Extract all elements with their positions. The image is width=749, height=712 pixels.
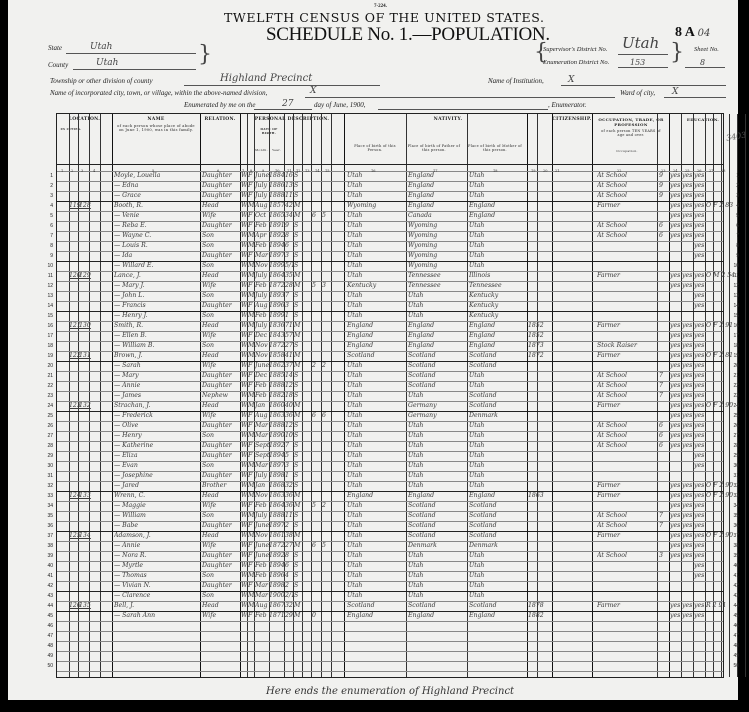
- speaks-english: yes: [694, 342, 705, 349]
- birthplace-person: Utah: [347, 182, 405, 189]
- color: W: [241, 252, 248, 259]
- relation: Son: [202, 292, 240, 299]
- birth-mother-header: Place of birth of Mother of this person.: [467, 144, 523, 152]
- birth-year: 1897: [269, 522, 284, 529]
- marital-status: S: [294, 392, 303, 399]
- birth-month: Nov: [255, 352, 269, 359]
- birth-year: 1862: [269, 362, 284, 369]
- color: W: [241, 172, 248, 179]
- enumerator-label: , Enumerator.: [548, 101, 586, 109]
- state-label: State: [48, 44, 62, 52]
- occupation: Stock Raiser: [597, 342, 655, 349]
- children-born: 5: [312, 502, 321, 509]
- birthplace-father: Tennessee: [408, 282, 466, 289]
- section-personal: PERSONAL DESCRIPTION.: [240, 117, 344, 122]
- birth-year: 1836: [269, 322, 284, 329]
- can-write: yes: [682, 522, 693, 529]
- birthplace-father: Wyoming: [408, 252, 466, 259]
- occupation: Farmer: [597, 272, 655, 279]
- column-divider: [527, 114, 528, 677]
- speaks-english: yes: [694, 482, 705, 489]
- birthplace-father: Wyoming: [408, 242, 466, 249]
- sex: M: [248, 592, 255, 599]
- months-school: 9: [659, 192, 669, 199]
- birthplace-person: Utah: [347, 462, 405, 469]
- person-name: — Mary J.: [114, 282, 200, 289]
- children-living: 2: [322, 502, 331, 509]
- row-number-right: 31: [729, 473, 739, 479]
- birth-month: Feb: [255, 282, 269, 289]
- color: W: [241, 562, 248, 569]
- row-number-right: 13: [729, 293, 739, 299]
- birthplace-mother: Scotland: [469, 512, 525, 519]
- age: 37: [285, 362, 294, 369]
- ward-value: X: [672, 87, 678, 97]
- speaks-english: yes: [694, 362, 705, 369]
- occupation: At School: [597, 172, 655, 179]
- birth-month: Feb: [255, 312, 269, 319]
- relation: Wife: [202, 542, 240, 549]
- column-divider: [112, 114, 113, 677]
- immigration-year: 1852: [528, 332, 552, 339]
- person-name: — Sarah Ann: [114, 612, 200, 619]
- marital-status: M: [294, 402, 303, 409]
- census-title: TWELFTH CENSUS OF THE UNITED STATES.: [224, 10, 545, 25]
- speaks-english: yes: [694, 462, 705, 469]
- row-number-left: 48: [43, 643, 53, 649]
- birthplace-person: Utah: [347, 362, 405, 369]
- birth-month: Feb: [255, 242, 269, 249]
- column-divider: [89, 114, 90, 677]
- family-number: 131: [79, 352, 101, 359]
- birthplace-father: Scotland: [408, 512, 466, 519]
- person-name: Lance, J.: [114, 272, 200, 279]
- birthplace-mother: Utah: [469, 222, 525, 229]
- marital-status: S: [294, 262, 303, 269]
- person-name: Smith, R.: [114, 322, 200, 329]
- person-name: Bell, J.: [114, 602, 200, 609]
- sheet-label: 8 A 04: [675, 25, 710, 41]
- color: W: [241, 222, 248, 229]
- occupation-col-header: Occupation.: [597, 149, 657, 153]
- row-number-left: 7: [43, 233, 53, 239]
- row-number-left: 36: [43, 523, 53, 529]
- district-brace-right: }: [670, 42, 684, 64]
- marital-status: S: [294, 522, 303, 529]
- color: W: [241, 302, 248, 309]
- row-number-left: 22: [43, 383, 53, 389]
- birth-year: 1872: [269, 282, 284, 289]
- speaks-english: yes: [694, 532, 705, 539]
- birthplace-mother: Utah: [469, 232, 525, 239]
- birthplace-mother: Utah: [469, 262, 525, 269]
- birthplace-father: Utah: [408, 422, 466, 429]
- enumerated-day-line: [254, 109, 312, 110]
- birthplace-father: Utah: [408, 482, 466, 489]
- sex: F: [248, 192, 255, 199]
- birthplace-person: Utah: [347, 172, 405, 179]
- birth-year: 1871: [269, 612, 284, 619]
- birthplace-father: Germany: [408, 412, 466, 419]
- relation: Brother: [202, 482, 240, 489]
- section-citizenship: CITIZENSHIP.: [552, 117, 592, 122]
- person-name: — Vivian N.: [114, 582, 200, 589]
- age: 40: [285, 402, 294, 409]
- row-number-left: 41: [43, 573, 53, 579]
- person-name: — Annie: [114, 382, 200, 389]
- can-write: yes: [682, 352, 693, 359]
- age: 36: [285, 492, 294, 499]
- row-divider: [57, 631, 723, 632]
- relation: Head: [202, 402, 240, 409]
- birth-year: 1890: [269, 432, 284, 439]
- months-school: 6: [659, 232, 669, 239]
- can-read: yes: [670, 612, 681, 619]
- age: 12: [285, 422, 294, 429]
- birth-year: 1898: [269, 472, 284, 479]
- birth-year: 1872: [269, 542, 284, 549]
- birthplace-mother: Denmark: [469, 412, 525, 419]
- row-number-left: 17: [43, 333, 53, 339]
- family-number: 128: [79, 202, 101, 209]
- birthplace-father: England: [408, 332, 466, 339]
- relation: Son: [202, 432, 240, 439]
- birthplace-mother: Utah: [469, 382, 525, 389]
- children-born: 6: [312, 542, 321, 549]
- column-number: 19: [531, 169, 535, 173]
- birthplace-person: Utah: [347, 562, 405, 569]
- row-number-right: 7: [729, 233, 739, 239]
- age: 71: [285, 322, 294, 329]
- immigration-year: 1863: [528, 492, 552, 499]
- can-write: yes: [682, 412, 693, 419]
- sex: M: [248, 572, 255, 579]
- sex: F: [248, 252, 255, 259]
- birth-month: Mar: [255, 432, 269, 439]
- children-born: 5: [312, 282, 321, 289]
- speaks-english: yes: [694, 452, 705, 459]
- color: W: [241, 572, 248, 579]
- birthplace-person: England: [347, 322, 405, 329]
- column-number: 15: [325, 169, 329, 173]
- row-number-left: 26: [43, 423, 53, 429]
- row-number-left: 37: [43, 533, 53, 539]
- birthplace-mother: England: [469, 212, 525, 219]
- row-number-right: 20: [729, 363, 739, 369]
- row-number-right: 25: [729, 413, 739, 419]
- family-number: 132: [79, 402, 101, 409]
- column-number: 28: [721, 169, 725, 173]
- birth-year: 1894: [269, 242, 284, 249]
- row-number-right: 41: [729, 573, 739, 579]
- birthplace-father: England: [408, 612, 466, 619]
- row-number-left: 5: [43, 213, 53, 219]
- marital-status: S: [294, 382, 303, 389]
- can-write: yes: [682, 362, 693, 369]
- row-number-right: 5: [729, 213, 739, 219]
- color: W: [241, 592, 248, 599]
- person-name: — Thomas: [114, 572, 200, 579]
- birthplace-father: Wyoming: [408, 262, 466, 269]
- children-living: 2: [322, 362, 331, 369]
- birth-year: 1894: [269, 452, 284, 459]
- birthplace-father: Utah: [408, 452, 466, 459]
- birth-month: July: [255, 272, 269, 279]
- sex: F: [248, 362, 255, 369]
- home-ownership: O F 2 90: [706, 482, 746, 489]
- can-write: yes: [682, 372, 693, 379]
- sex: F: [248, 582, 255, 589]
- birth-month: Feb: [255, 502, 269, 509]
- speaks-english: yes: [694, 272, 705, 279]
- birthplace-father: England: [408, 192, 466, 199]
- color: W: [241, 612, 248, 619]
- marital-status: S: [294, 582, 303, 589]
- row-number-left: 38: [43, 543, 53, 549]
- can-write: yes: [682, 602, 693, 609]
- section-in-cities: IN CITIES.: [57, 127, 85, 131]
- relation: Daughter: [202, 452, 240, 459]
- birthplace-person: Utah: [347, 472, 405, 479]
- row-divider: [57, 621, 723, 622]
- birthplace-person: Wyoming: [347, 202, 405, 209]
- section-education: EDUCATION.: [674, 117, 732, 122]
- speaks-english: yes: [694, 232, 705, 239]
- color: W: [241, 502, 248, 509]
- marital-status: S: [294, 592, 303, 599]
- can-read: yes: [670, 332, 681, 339]
- can-read: yes: [670, 212, 681, 219]
- marital-status: M: [294, 322, 303, 329]
- row-number-right: 15: [729, 313, 739, 319]
- person-name: — Henry J.: [114, 312, 200, 319]
- birthplace-mother: Scotland: [469, 392, 525, 399]
- institution-line: [561, 85, 726, 86]
- can-read: yes: [670, 602, 681, 609]
- relation: Wife: [202, 612, 240, 619]
- birthplace-father: Canada: [408, 212, 466, 219]
- relation: Son: [202, 592, 240, 599]
- children-living: 6: [322, 412, 331, 419]
- speaks-english: yes: [694, 502, 705, 509]
- birthplace-father: Utah: [408, 572, 466, 579]
- birth-year: 1896: [269, 302, 284, 309]
- section-occupation: OCCUPATION, TRADE, OR PROFESSION: [592, 117, 670, 127]
- row-number-right: 34: [729, 503, 739, 509]
- birth-month: Nov: [255, 342, 269, 349]
- birthplace-person: Utah: [347, 392, 405, 399]
- age: 36: [285, 412, 294, 419]
- sex: M: [248, 322, 255, 329]
- home-ownership: R 2 91: [706, 602, 746, 609]
- row-number-left: 34: [43, 503, 53, 509]
- color: W: [241, 492, 248, 499]
- relation: Daughter: [202, 562, 240, 569]
- person-name: Adamson, J.: [114, 532, 200, 539]
- enumerator-line: [378, 109, 548, 110]
- birth-month: June: [255, 542, 269, 549]
- row-number-right: 28: [729, 443, 739, 449]
- birthplace-mother: Utah: [469, 472, 525, 479]
- sex: M: [248, 512, 255, 519]
- occupation: Farmer: [597, 352, 655, 359]
- birthplace-mother: Utah: [469, 432, 525, 439]
- county-label: County: [48, 61, 68, 69]
- birthplace-father: Scotland: [408, 362, 466, 369]
- sex: M: [248, 262, 255, 269]
- person-name: — William B.: [114, 342, 200, 349]
- county-line: [73, 69, 196, 70]
- can-write: yes: [682, 282, 693, 289]
- row-number-left: 39: [43, 553, 53, 559]
- color: W: [241, 282, 248, 289]
- person-name: — Francis: [114, 302, 200, 309]
- age: 11: [285, 192, 294, 199]
- birth-month: Mar: [255, 592, 269, 599]
- birthplace-mother: England: [469, 332, 525, 339]
- family-number: 135: [79, 602, 101, 609]
- relation: Son: [202, 572, 240, 579]
- sex: M: [248, 532, 255, 539]
- speaks-english: yes: [694, 392, 705, 399]
- color: W: [241, 352, 248, 359]
- row-number-right: 10: [729, 263, 739, 269]
- age: 14: [285, 372, 294, 379]
- row-number-right: 26: [729, 423, 739, 429]
- age: 3: [285, 462, 294, 469]
- relation: Daughter: [202, 252, 240, 259]
- person-name: — Mary: [114, 372, 200, 379]
- relation: Daughter: [202, 302, 240, 309]
- color: W: [241, 182, 248, 189]
- can-write: yes: [682, 342, 693, 349]
- months-school: 7: [659, 512, 669, 519]
- can-read: yes: [670, 182, 681, 189]
- row-number-right: 49: [729, 653, 739, 659]
- can-write: yes: [682, 222, 693, 229]
- months-school: 6: [659, 442, 669, 449]
- can-read: yes: [670, 422, 681, 429]
- birthplace-person: England: [347, 492, 405, 499]
- marital-status: S: [294, 442, 303, 449]
- sex: M: [248, 402, 255, 409]
- birthplace-father: Utah: [408, 552, 466, 559]
- row-number-right: 48: [729, 643, 739, 649]
- column-number: 13: [305, 169, 309, 173]
- row-number-right: 50: [729, 663, 739, 669]
- birthplace-mother: Scotland: [469, 602, 525, 609]
- marital-status: S: [294, 232, 303, 239]
- sex: M: [248, 202, 255, 209]
- age: 32: [285, 602, 294, 609]
- city-line: [305, 97, 615, 98]
- speaks-english: yes: [694, 212, 705, 219]
- home-ownership: O F 2 83: [706, 202, 746, 209]
- column-number: 14: [315, 169, 319, 173]
- row-number-left: 45: [43, 613, 53, 619]
- person-name: — Nora R.: [114, 552, 200, 559]
- birthplace-father: Utah: [408, 562, 466, 569]
- column-divider: [552, 114, 553, 677]
- relation: Daughter: [202, 472, 240, 479]
- column-divider: [200, 114, 201, 677]
- marital-status: S: [294, 552, 303, 559]
- marital-status: S: [294, 462, 303, 469]
- age: 7: [285, 292, 294, 299]
- color: W: [241, 322, 248, 329]
- birthplace-person: Utah: [347, 522, 405, 529]
- can-write: yes: [682, 332, 693, 339]
- row-divider: [57, 661, 723, 662]
- occupation: Farmer: [597, 482, 655, 489]
- section-nativity: NATIVITY.: [344, 117, 552, 122]
- ed-value: 153: [630, 58, 645, 67]
- marital-status: M: [294, 202, 303, 209]
- color: W: [241, 522, 248, 529]
- age: 4: [285, 572, 294, 579]
- sex: F: [248, 422, 255, 429]
- birthplace-father: Scotland: [408, 382, 466, 389]
- immigration-year: 1873: [528, 342, 552, 349]
- birth-year: 1893: [269, 292, 284, 299]
- row-number-left: 32: [43, 483, 53, 489]
- person-name: — Myrtle: [114, 562, 200, 569]
- birthplace-mother: Utah: [469, 372, 525, 379]
- color: W: [241, 482, 248, 489]
- row-number-left: 49: [43, 653, 53, 659]
- column-number: 27: [709, 169, 713, 173]
- birth-year: 1864: [269, 502, 284, 509]
- relation: Daughter: [202, 172, 240, 179]
- relation: Daughter: [202, 422, 240, 429]
- person-name: Brown, J.: [114, 352, 200, 359]
- county-value: Utah: [96, 58, 118, 68]
- township-value: Highland Precinct: [220, 73, 312, 84]
- sex: M: [248, 272, 255, 279]
- age: 38: [285, 532, 294, 539]
- birthplace-father: Scotland: [408, 352, 466, 359]
- birthplace-person: Utah: [347, 242, 405, 249]
- birthplace-person: Utah: [347, 552, 405, 559]
- row-number-left: 18: [43, 343, 53, 349]
- column-number: 1: [61, 169, 63, 173]
- row-number-right: 39: [729, 553, 739, 559]
- birthplace-mother: Utah: [469, 252, 525, 259]
- row-number-right: 46: [729, 623, 739, 629]
- birth-year: 1885: [269, 372, 284, 379]
- section-name: NAME: [112, 117, 200, 122]
- marital-status: S: [294, 242, 303, 249]
- sex: M: [248, 482, 255, 489]
- age: 2: [285, 522, 294, 529]
- birth-person-header: Place of birth of this Person.: [347, 144, 403, 152]
- row-number-left: 3: [43, 193, 53, 199]
- can-write: yes: [682, 482, 693, 489]
- occupation: At School: [597, 192, 655, 199]
- header-rule: [57, 164, 723, 165]
- speaks-english: yes: [694, 172, 705, 179]
- color: W: [241, 552, 248, 559]
- column-number: 3: [81, 169, 83, 173]
- column-divider: [467, 114, 468, 677]
- birthplace-person: Utah: [347, 222, 405, 229]
- birthplace-mother: Utah: [469, 592, 525, 599]
- color: W: [241, 582, 248, 589]
- birth-year: 1864: [269, 272, 284, 279]
- relation: Daughter: [202, 382, 240, 389]
- relation: Daughter: [202, 442, 240, 449]
- marital-status: S: [294, 182, 303, 189]
